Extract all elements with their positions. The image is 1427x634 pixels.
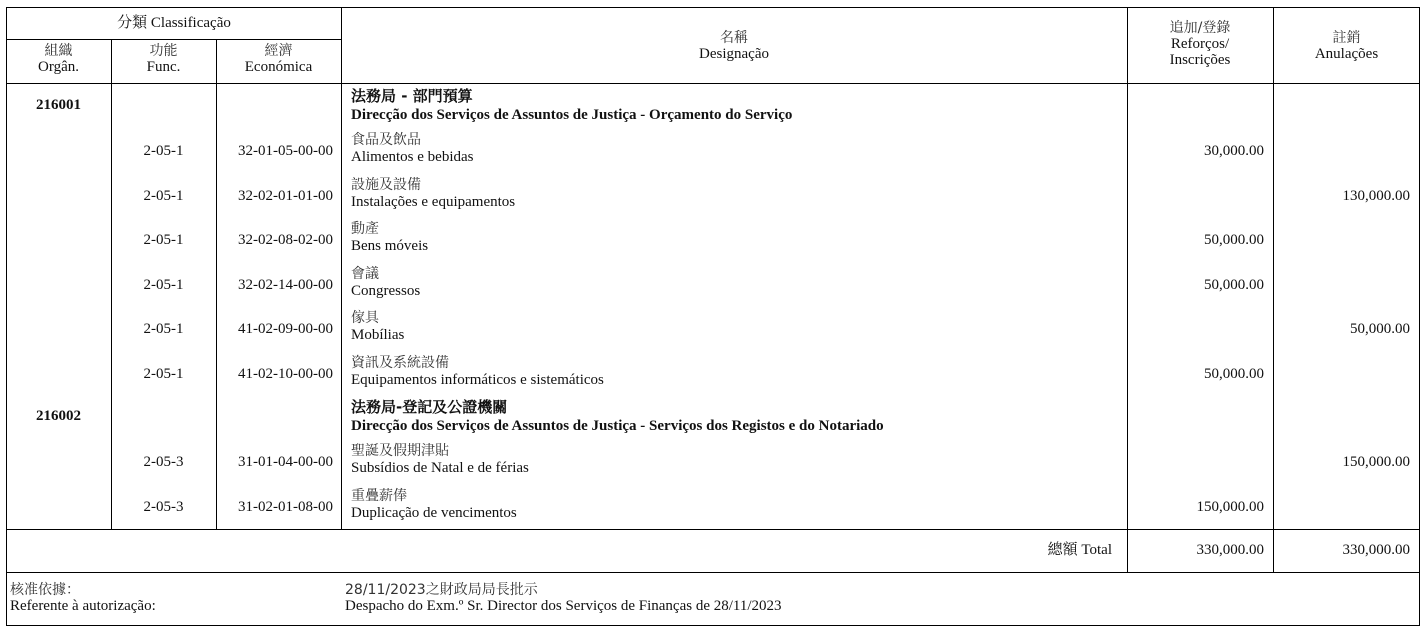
header-func: 功能 Func. <box>111 43 216 75</box>
body-divider <box>6 529 1420 530</box>
organ-label-pt: Orgân. <box>6 59 111 75</box>
organ-code: 216002 <box>6 408 111 424</box>
item-name-pt: Instalações e equipamentos <box>351 194 1121 210</box>
reinforcement-amount: 150,000.00 <box>1127 499 1264 515</box>
item-name-pt: Subsídios de Natal e de férias <box>351 460 1121 476</box>
reinforcements-label-pt2: Inscrições <box>1127 52 1273 68</box>
group-title-zh: 法務局 - 部門預算 <box>351 88 1121 105</box>
total-annulment: 330,000.00 <box>1273 542 1410 558</box>
header-divider <box>6 83 1420 84</box>
econ-code: 41-02-09-00-00 <box>216 321 333 337</box>
col-divider <box>341 7 342 530</box>
func-label-pt: Func. <box>111 59 216 75</box>
func-code: 2-05-1 <box>111 188 216 204</box>
econ-label-zh: 經濟 <box>216 43 341 59</box>
reinforcement-amount: 30,000.00 <box>1127 143 1264 159</box>
annulment-amount: 50,000.00 <box>1273 321 1410 337</box>
designation-label-pt: Designação <box>341 46 1127 62</box>
classification-header: 分類 Classificação <box>6 15 342 31</box>
func-code: 2-05-3 <box>111 499 216 515</box>
item-name-zh: 聖誕及假期津貼 <box>351 443 1121 459</box>
total-reinforcement: 330,000.00 <box>1127 542 1264 558</box>
header-designation: 名稱 Designação <box>341 30 1127 62</box>
header-organ: 組織 Orgân. <box>6 43 111 75</box>
item-name-pt: Bens móveis <box>351 238 1121 254</box>
total-divider <box>6 572 1420 573</box>
annulment-amount: 130,000.00 <box>1273 188 1410 204</box>
item-name-zh: 設施及設備 <box>351 177 1121 193</box>
designation-label-zh: 名稱 <box>341 30 1127 46</box>
classification-divider <box>6 39 342 40</box>
group-title-zh: 法務局-登記及公證機關 <box>351 399 1121 416</box>
annulments-label-pt: Anulações <box>1273 46 1420 62</box>
item-name-pt: Congressos <box>351 283 1121 299</box>
econ-label-pt: Económica <box>216 59 341 75</box>
econ-code: 32-02-01-01-00 <box>216 188 333 204</box>
func-code: 2-05-1 <box>111 232 216 248</box>
item-name-pt: Duplicação de vencimentos <box>351 505 1121 521</box>
annulments-label-zh: 註銷 <box>1273 30 1420 46</box>
func-label-zh: 功能 <box>111 43 216 59</box>
authorization-value: 28/11/2023之財政局局長批示 Despacho do Exm.º Sr.… <box>345 582 1105 614</box>
func-code: 2-05-1 <box>111 143 216 159</box>
econ-code: 31-01-04-00-00 <box>216 454 333 470</box>
func-code: 2-05-1 <box>111 277 216 293</box>
item-name-pt: Mobílias <box>351 327 1121 343</box>
authorization-label: 核准依據： Referente à autorização: <box>10 582 330 614</box>
organ-label-zh: 組織 <box>6 43 111 59</box>
econ-code: 32-02-14-00-00 <box>216 277 333 293</box>
group-title-pt: Direcção dos Serviços de Assuntos de Jus… <box>351 107 1121 123</box>
item-name-pt: Equipamentos informáticos e sistemáticos <box>351 372 1121 388</box>
item-name-pt: Alimentos e bebidas <box>351 149 1121 165</box>
item-name-zh: 食品及飲品 <box>351 132 1121 148</box>
reinforcements-label-zh: 追加/登錄 <box>1127 20 1273 36</box>
econ-code: 31-02-01-08-00 <box>216 499 333 515</box>
authorization-value-pt: Despacho do Exm.º Sr. Director dos Servi… <box>345 598 1105 614</box>
total-label: 總額 Total <box>341 542 1112 558</box>
reinforcement-amount: 50,000.00 <box>1127 232 1264 248</box>
annulment-amount: 150,000.00 <box>1273 454 1410 470</box>
item-name-zh: 動產 <box>351 221 1121 237</box>
authorization-label-pt: Referente à autorização: <box>10 598 330 614</box>
func-code: 2-05-3 <box>111 454 216 470</box>
authorization-label-zh: 核准依據： <box>10 582 330 598</box>
item-name-zh: 傢具 <box>351 310 1121 326</box>
header-econ: 經濟 Económica <box>216 43 341 75</box>
item-name-zh: 會議 <box>351 266 1121 282</box>
econ-code: 32-01-05-00-00 <box>216 143 333 159</box>
func-code: 2-05-1 <box>111 366 216 382</box>
col-divider <box>1273 7 1274 573</box>
econ-code: 41-02-10-00-00 <box>216 366 333 382</box>
reinforcement-amount: 50,000.00 <box>1127 366 1264 382</box>
authorization-value-zh: 28/11/2023之財政局局長批示 <box>345 582 1105 598</box>
reinforcement-amount: 50,000.00 <box>1127 277 1264 293</box>
classification-label: 分類 Classificação <box>117 15 231 31</box>
item-name-zh: 重疊薪俸 <box>351 488 1121 504</box>
item-name-zh: 資訊及系統設備 <box>351 355 1121 371</box>
organ-code: 216001 <box>6 97 111 113</box>
group-title-pt: Direcção dos Serviços de Assuntos de Jus… <box>351 418 1121 434</box>
econ-code: 32-02-08-02-00 <box>216 232 333 248</box>
total-label-text: 總額 Total <box>1048 542 1112 558</box>
header-reinforcements: 追加/登錄 Reforços/ Inscrições <box>1127 20 1273 68</box>
func-code: 2-05-1 <box>111 321 216 337</box>
reinforcements-label-pt: Reforços/ <box>1127 36 1273 52</box>
header-annulments: 註銷 Anulações <box>1273 30 1420 62</box>
